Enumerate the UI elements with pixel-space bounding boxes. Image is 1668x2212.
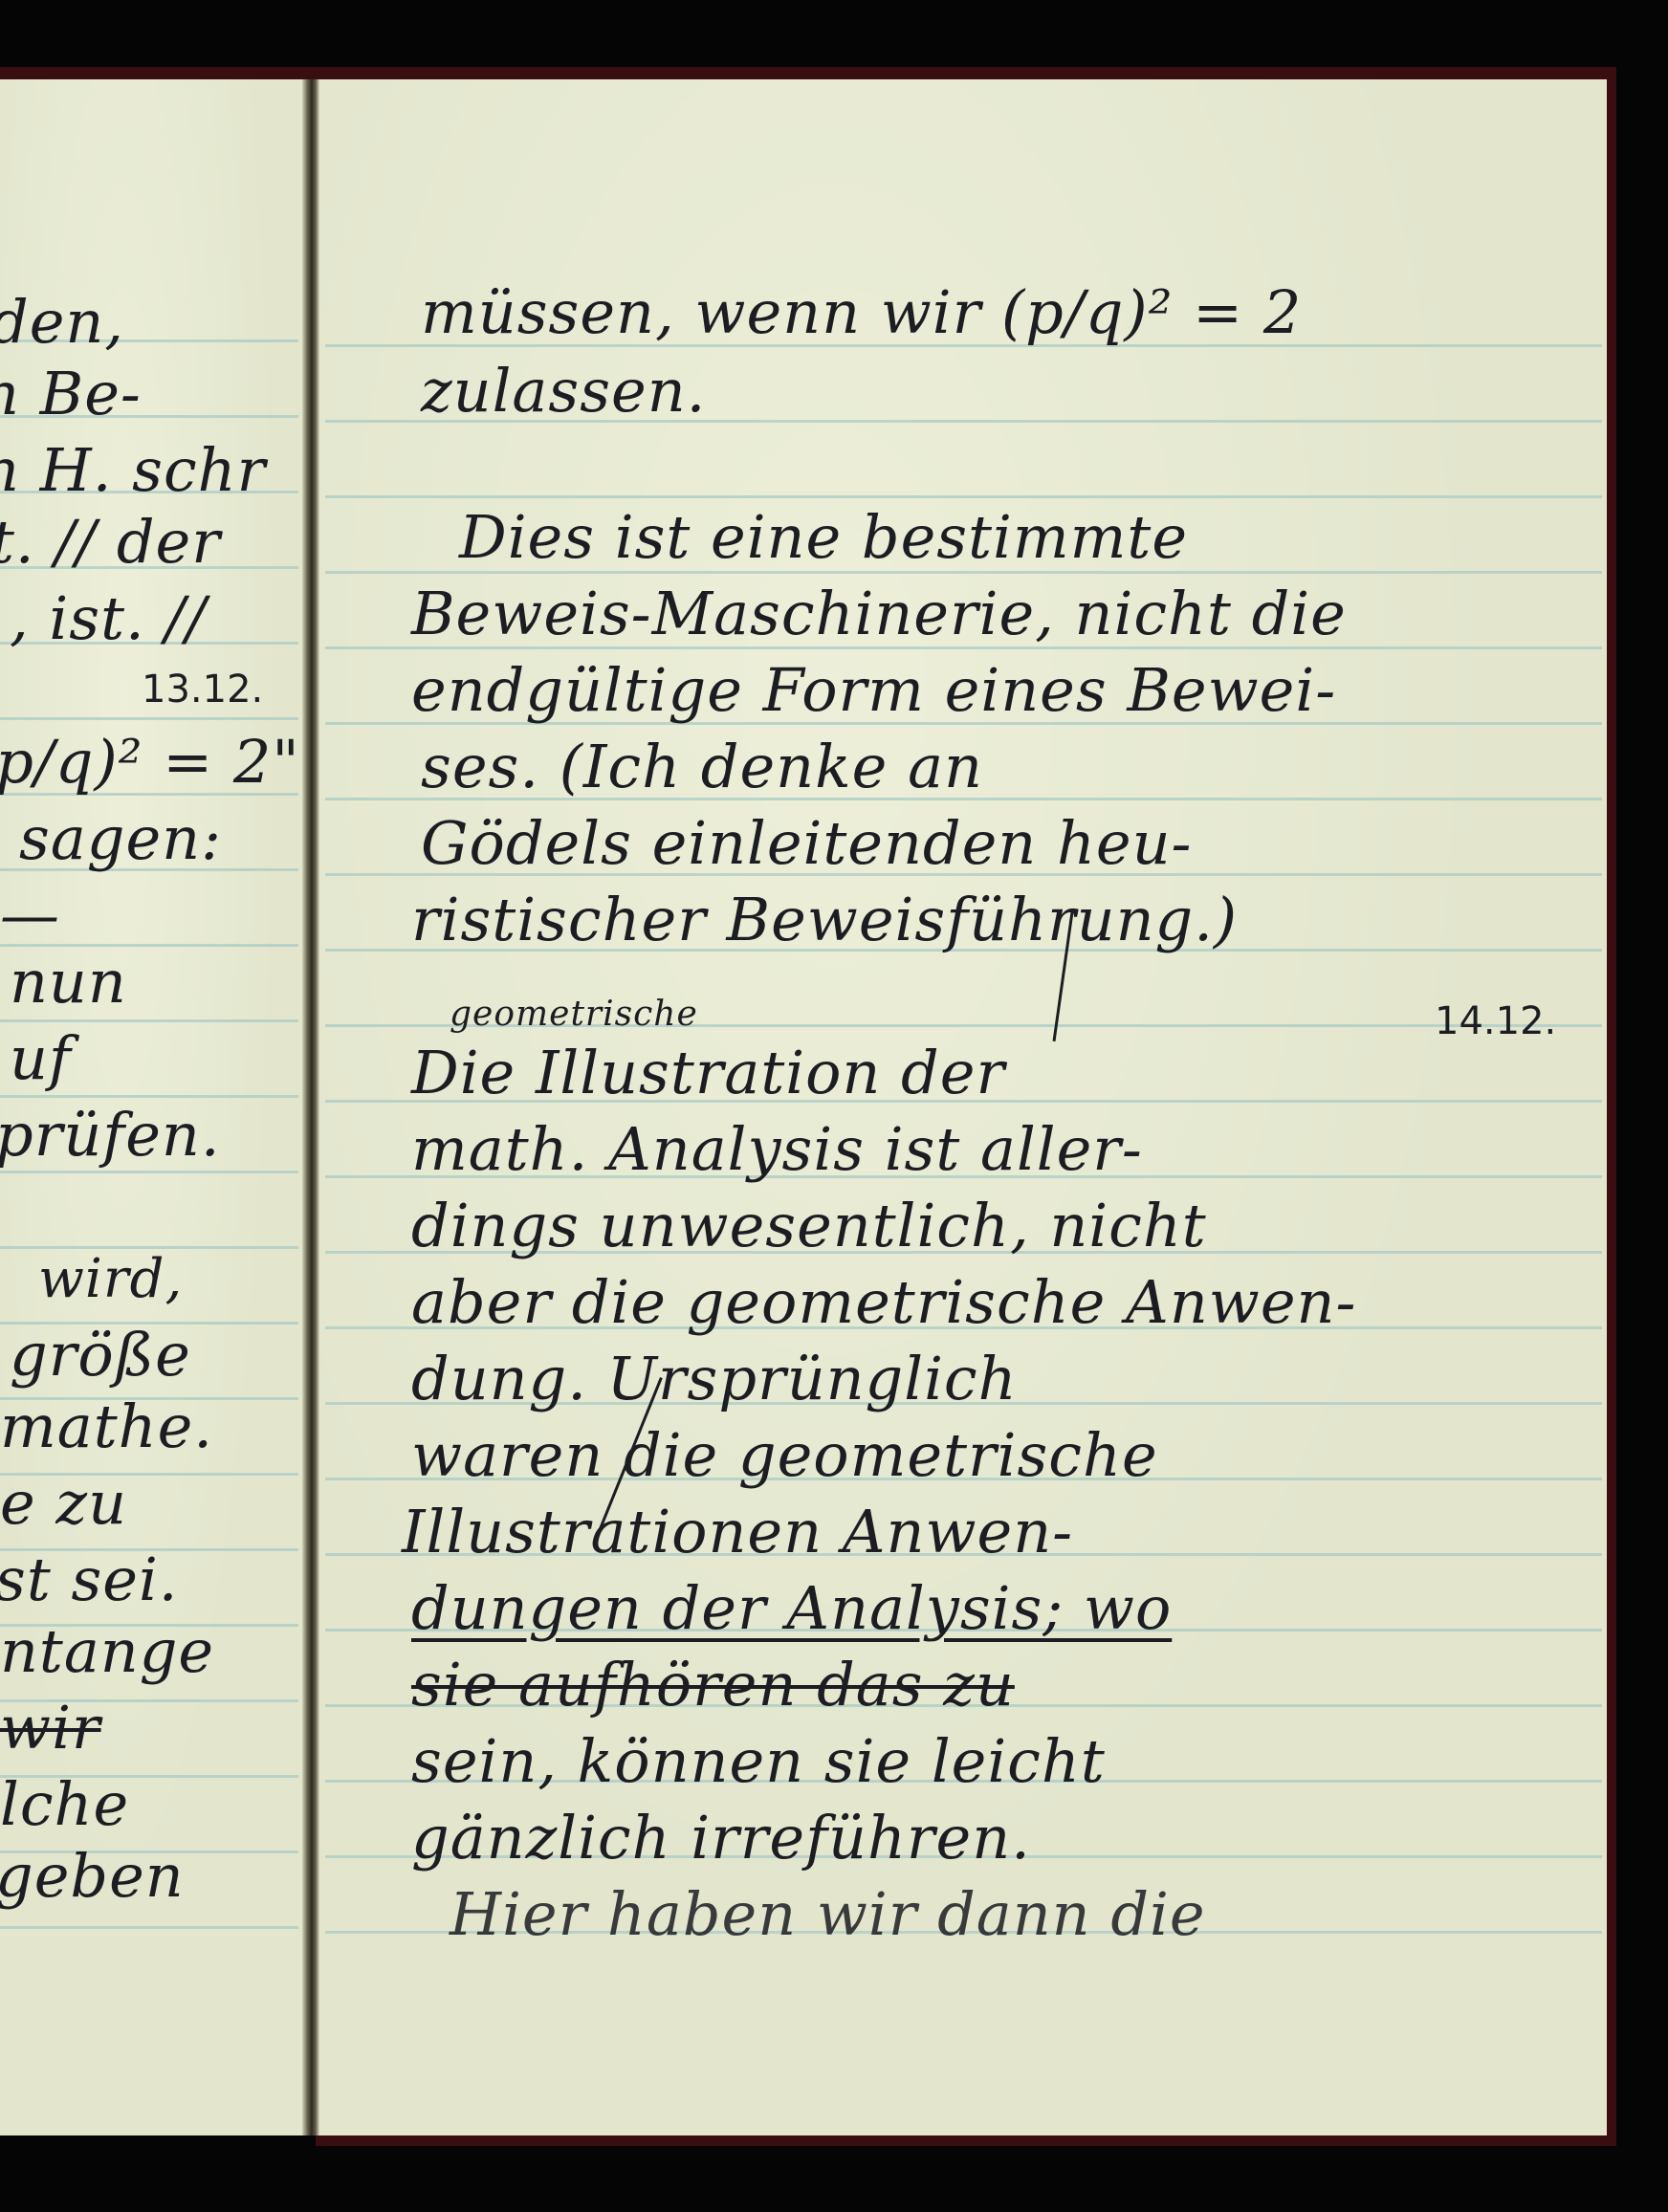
left-fragment-struck: wir bbox=[0, 1693, 210, 1763]
manuscript-line: müssen, wenn wir (p/q)² = 2 bbox=[421, 277, 1302, 347]
left-fragment: prüfen. bbox=[0, 1100, 221, 1170]
ruled-line-left bbox=[0, 1171, 298, 1173]
manuscript-line: Gödels einleitenden heu- bbox=[421, 808, 1192, 878]
manuscript-line: Hier haben wir dann die bbox=[450, 1879, 1206, 1949]
left-fragment: wird, bbox=[38, 1248, 183, 1310]
ruled-line-left bbox=[0, 717, 298, 720]
manuscript-text: Illustrationen Anwen- bbox=[402, 1497, 1073, 1566]
manuscript-line: sein, können sie leicht bbox=[411, 1726, 1106, 1796]
ruled-line-left bbox=[0, 1019, 298, 1022]
ruled-line-right bbox=[325, 495, 1602, 498]
left-fragment: (p/q)² = 2" bbox=[0, 727, 300, 797]
manuscript-line: Beweis-Maschinerie, nicht die bbox=[411, 579, 1347, 648]
left-fragment: st sei. bbox=[0, 1544, 179, 1614]
insertion-word: geometrische bbox=[450, 995, 698, 1034]
left-fragment: n Be- bbox=[0, 359, 142, 428]
left-fragment: nun bbox=[10, 947, 127, 1017]
manuscript-line: Illustrationen Anwen- bbox=[402, 1497, 1073, 1566]
manuscript-line: dung. Ursprünglich bbox=[411, 1344, 1018, 1413]
left-fragment: geben bbox=[0, 1841, 185, 1911]
manuscript-line-struck: sie aufhören das zu bbox=[411, 1650, 1015, 1719]
manuscript-line: dings unwesentlich, nicht bbox=[411, 1191, 1207, 1260]
manuscript-line: gänzlich irreführen. bbox=[411, 1803, 1031, 1873]
left-fragment: sagen: bbox=[19, 803, 222, 873]
manuscript-line: zulassen. bbox=[421, 356, 706, 426]
cover-edge-bottom bbox=[316, 2135, 1616, 2146]
right-date: 14.12. bbox=[1435, 999, 1556, 1043]
left-fragment: mathe. bbox=[0, 1391, 213, 1461]
left-fragment: den, bbox=[0, 287, 124, 357]
cover-edge-top bbox=[0, 67, 1616, 80]
manuscript-line: endgültige Form eines Bewei- bbox=[411, 655, 1336, 725]
manuscript-line: waren die geometrische bbox=[411, 1420, 1158, 1490]
left-fragment: uf bbox=[10, 1023, 72, 1093]
left-fragment: größe bbox=[10, 1320, 191, 1390]
left-fragment: t. // der bbox=[0, 507, 221, 577]
ruled-line-left bbox=[0, 1926, 298, 1929]
manuscript-line: ristischer Beweisführung.) bbox=[411, 885, 1238, 954]
manuscript-line: ses. (Ich denke an bbox=[421, 732, 983, 801]
manuscript-line: Die Illustration der bbox=[411, 1038, 1005, 1107]
left-fragment: , ist. // bbox=[10, 583, 207, 653]
left-fragment: — bbox=[0, 880, 60, 950]
manuscript-line: math. Analysis ist aller- bbox=[411, 1114, 1143, 1184]
manuscript-line: aber die geometrische Anwen- bbox=[411, 1267, 1356, 1337]
manuscript-line-underlined: dungen der Analysis; wo bbox=[411, 1573, 1172, 1643]
left-fragment: ntange bbox=[0, 1616, 214, 1686]
ruled-line-left bbox=[0, 1095, 298, 1098]
manuscript-line: Dies ist eine bestimmte bbox=[459, 502, 1188, 572]
left-fragment: e zu bbox=[0, 1468, 127, 1538]
book-gutter bbox=[302, 79, 319, 2135]
left-date: 13.12. bbox=[142, 668, 263, 712]
left-fragment: lche bbox=[0, 1769, 129, 1839]
left-fragment: n H. schr bbox=[0, 435, 266, 505]
